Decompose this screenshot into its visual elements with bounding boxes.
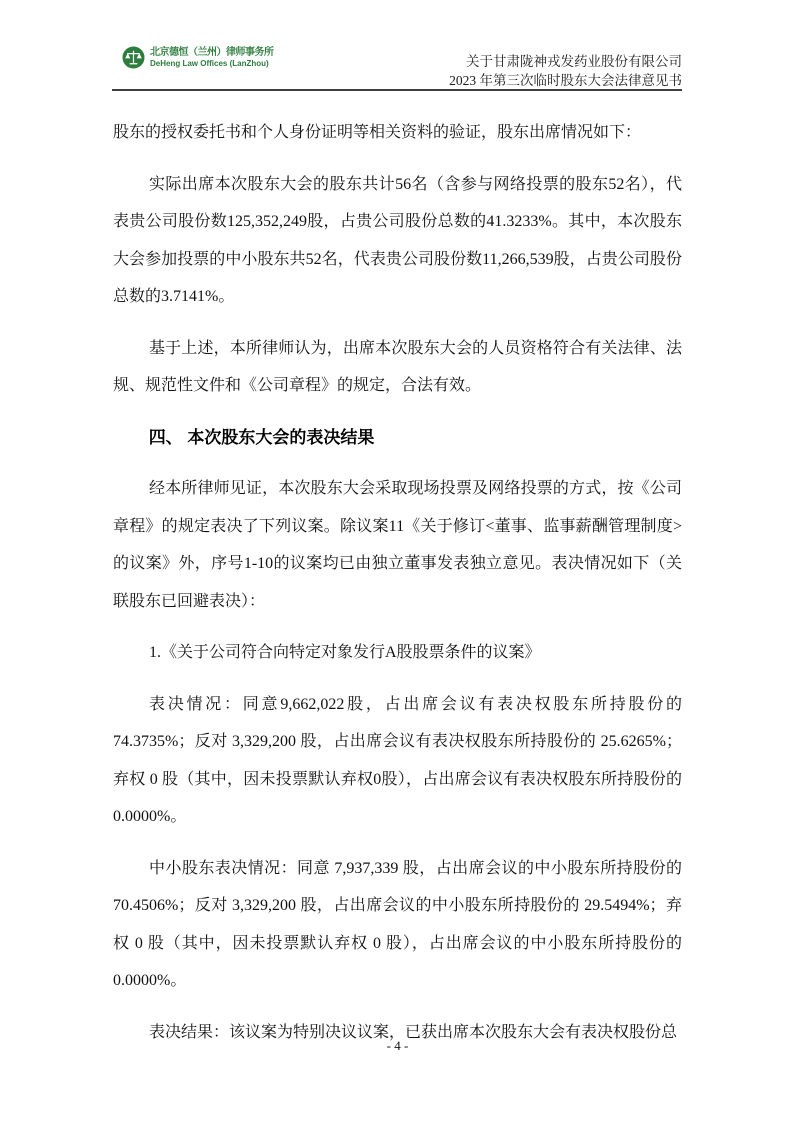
paragraph-proposal1-voting: 表决情况：同意9,662,022股，占出席会议有表决权股东所持股份的74.373…: [113, 686, 682, 836]
firm-name: 北京德恒（兰州）律师事务所 DeHeng Law Offices (LanZho…: [150, 47, 274, 69]
page-footer: - 4 -: [113, 1038, 682, 1054]
firm-name-en: DeHeng Law Offices (LanZhou): [150, 59, 274, 69]
document-body: 股东的授权委托书和个人身份证明等相关资料的验证，股东出席情况如下： 实际出席本次…: [113, 114, 682, 1065]
page-number: - 4 -: [387, 1038, 409, 1053]
document-title: 关于甘肃陇神戎发药业股份有限公司 2023 年第三次临时股东大会法律意见书: [449, 53, 682, 90]
document-title-line2: 2023 年第三次临时股东大会法律意见书: [449, 72, 682, 91]
paragraph-voting-procedure: 经本所律师见证，本次股东大会采取现场投票及网络投票的方式，按《公司章程》的规定表…: [113, 470, 682, 620]
paragraph-attendance-intro: 股东的授权委托书和个人身份证明等相关资料的验证，股东出席情况如下：: [113, 114, 682, 152]
proposal-1-title: 1.《关于公司符合向特定对象发行A股股票条件的议案》: [113, 634, 682, 672]
paragraph-proposal1-minority-voting: 中小股东表决情况：同意 7,937,339 股，占出席会议的中小股东所持股份的7…: [113, 850, 682, 1000]
section-heading-voting-results: 四、 本次股东大会的表决结果: [113, 419, 682, 457]
firm-name-zh: 北京德恒（兰州）律师事务所: [150, 47, 274, 59]
document-title-line1: 关于甘肃陇神戎发药业股份有限公司: [449, 53, 682, 72]
firm-logo: 北京德恒（兰州）律师事务所 DeHeng Law Offices (LanZho…: [122, 46, 274, 69]
paragraph-lawyer-opinion: 基于上述，本所律师认为，出席本次股东大会的人员资格符合有关法律、法规、规范性文件…: [113, 330, 682, 405]
document-page: 北京德恒（兰州）律师事务所 DeHeng Law Offices (LanZho…: [0, 0, 793, 1122]
paragraph-attendance-stats: 实际出席本次股东大会的股东共计56名（含参与网络投票的股东52名），代表贵公司股…: [113, 166, 682, 316]
scales-of-justice-icon: [122, 46, 145, 69]
header-divider: [112, 89, 682, 91]
